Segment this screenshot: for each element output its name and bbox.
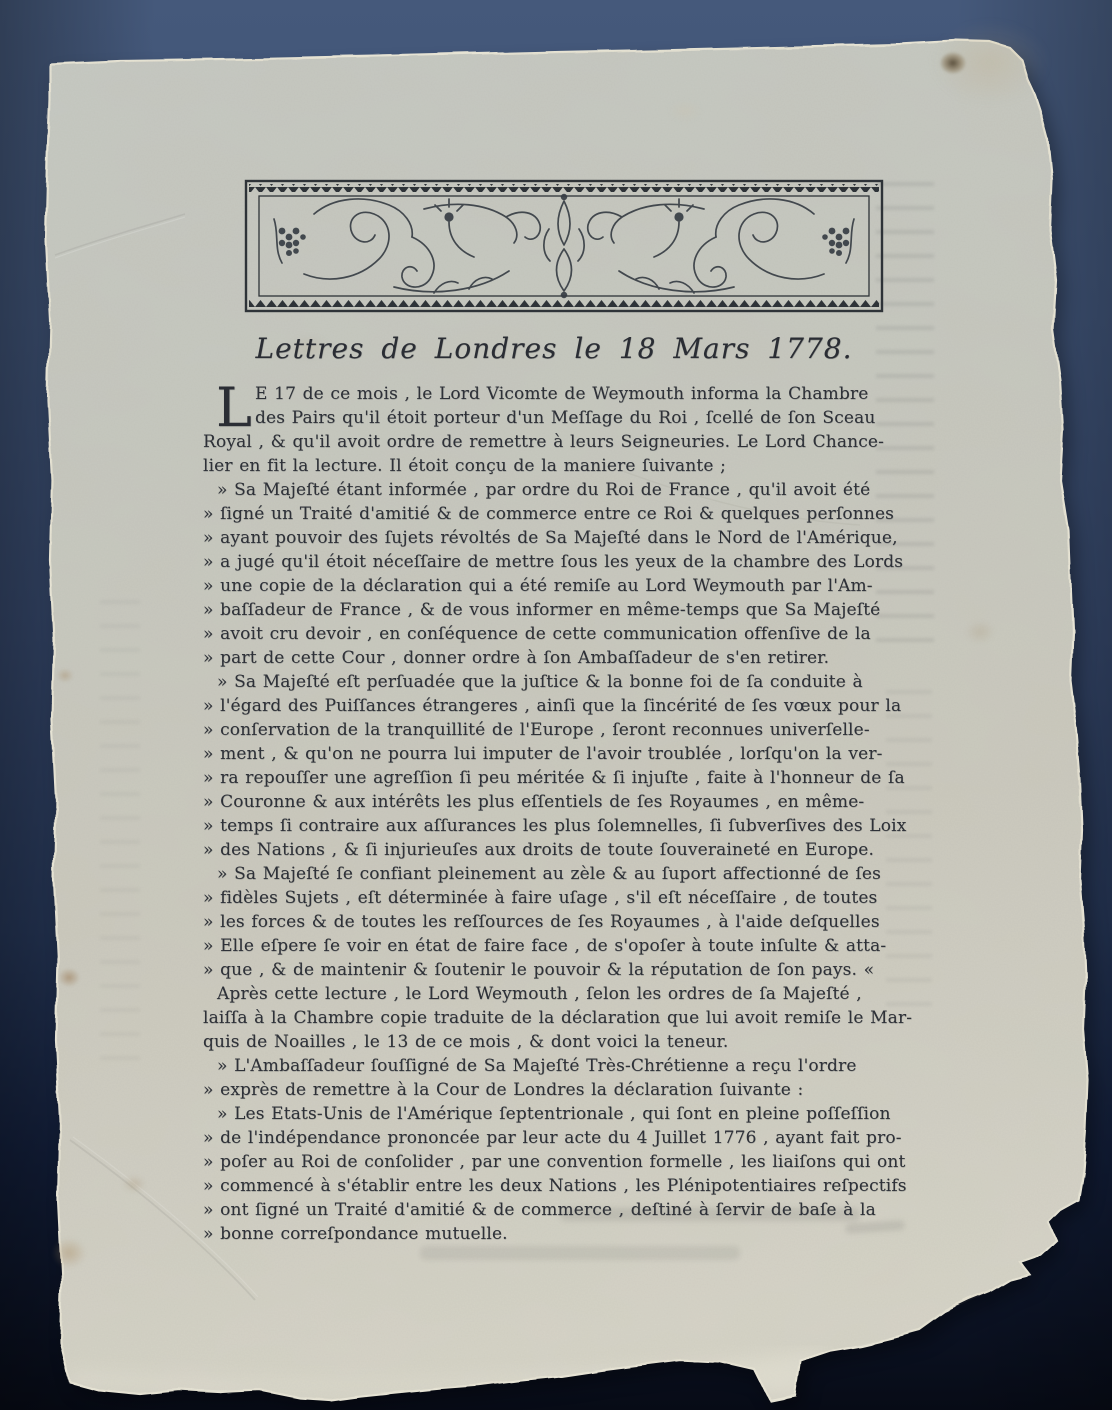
text-line: » poſer au Roi de conſolider , par une c… [203, 1150, 965, 1174]
text-line: » ayant pouvoir des ſujets révoltés de S… [203, 526, 965, 550]
text-line: » Les Etats-Unis de l'Amérique ſeptentri… [203, 1102, 965, 1126]
paragraph: » Sa Majeſté eſt perſuadée que la juſtic… [203, 670, 965, 862]
text-line: » ra repouſſer une agreſſion ſi peu méri… [203, 766, 965, 790]
paragraph: » L'Ambaſſadeur ſouſſigné de Sa Majeſté … [203, 1054, 965, 1102]
text-line: » une copie de la déclaration qui a été … [203, 574, 965, 598]
text-line: » L'Ambaſſadeur ſouſſigné de Sa Majeſté … [203, 1054, 965, 1078]
drop-cap: L [216, 385, 252, 431]
text-line: » conſervation de la tranquillité de l'E… [203, 718, 965, 742]
text-line: » des Nations , & ſi injurieuſes aux dro… [203, 838, 965, 862]
photo-scene: Lettres de Londres le 18 Mars 1778. LE 1… [0, 0, 1112, 1410]
text-line: » Sa Majeſté eſt perſuadée que la juſtic… [203, 670, 965, 694]
woodcut-headpiece-ornament [244, 179, 884, 313]
text-line: » ſigné un Traité d'amitié & de commerce… [203, 502, 965, 526]
text-line: » part de cette Cour , donner ordre à ſo… [203, 646, 965, 670]
text-line: » a jugé qu'il étoit néceſſaire de mettr… [203, 550, 965, 574]
text-line: lier en fit la lecture. Il étoit conçu d… [203, 454, 965, 478]
text-line: » temps ſi contraire aux aſſurances les … [203, 814, 965, 838]
text-line: » Sa Majeſté étant informée , par ordre … [203, 478, 965, 502]
text-line: » de l'indépendance prononcée par leur a… [203, 1126, 965, 1150]
text-line: des Pairs qu'il étoit porteur d'un Meſſa… [203, 406, 965, 430]
text-line: Royal , & qu'il avoit ordre de remettre … [203, 430, 965, 454]
document-title: Lettres de Londres le 18 Mars 1778. [203, 327, 905, 371]
paragraph: Après cette lecture , le Lord Weymouth ,… [203, 982, 965, 1054]
body-text: LE 17 de ce mois , le Lord Vicomte de We… [203, 382, 965, 1246]
text-line: » l'égard des Puiſſances étrangeres , ai… [203, 694, 965, 718]
text-line: » Sa Majeſté ſe confiant pleinement au z… [203, 862, 965, 886]
text-line: » bonne correſpondance mutuelle. [203, 1222, 965, 1246]
paragraph: » Sa Majeſté étant informée , par ordre … [203, 478, 965, 670]
text-line: » exprès de remettre à la Cour de Londre… [203, 1078, 965, 1102]
printed-page-content: Lettres de Londres le 18 Mars 1778. LE 1… [0, 0, 1112, 1410]
text-line: » Couronne & aux intérêts les plus eſſen… [203, 790, 965, 814]
text-line: laiſſa à la Chambre copie traduite de la… [203, 1006, 965, 1030]
text-line: quis de Noailles , le 13 de ce mois , & … [203, 1030, 965, 1054]
paragraph: LE 17 de ce mois , le Lord Vicomte de We… [203, 382, 965, 478]
text-line: » ont ſigné un Traité d'amitié & de comm… [203, 1198, 965, 1222]
paragraph: » Les Etats-Unis de l'Amérique ſeptentri… [203, 1102, 965, 1246]
paragraph: » Sa Majeſté ſe confiant pleinement au z… [203, 862, 965, 982]
text-line: » Elle eſpere ſe voir en état de faire f… [203, 934, 965, 958]
text-line: » ment , & qu'on ne pourra lui imputer d… [203, 742, 965, 766]
text-line: » commencé à s'établir entre les deux Na… [203, 1174, 965, 1198]
text-line: » les forces & de toutes les reſſources … [203, 910, 965, 934]
text-line: Après cette lecture , le Lord Weymouth ,… [203, 982, 965, 1006]
text-line: E 17 de ce mois , le Lord Vicomte de Wey… [203, 382, 965, 406]
text-line: » avoit cru devoir , en conſéquence de c… [203, 622, 965, 646]
text-line: » que , & de maintenir & ſoutenir le pou… [203, 958, 965, 982]
text-line: » baſſadeur de France , & de vous inform… [203, 598, 965, 622]
text-line: » fidèles Sujets , eſt déterminée à fair… [203, 886, 965, 910]
